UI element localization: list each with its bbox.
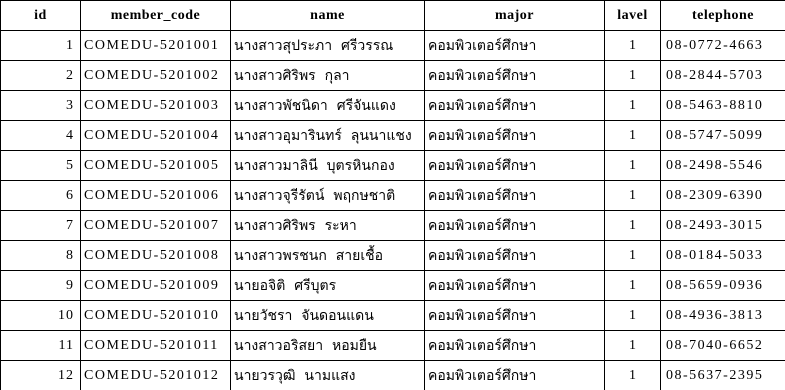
cell-name: นางสาวมาลินี บุตรหินกอง <box>231 151 425 181</box>
cell-telephone: 08-2844-5703 <box>661 61 785 91</box>
table-body: 1COMEDU-5201001นางสาวสุประภา ศรีวรรณคอมพ… <box>1 31 785 390</box>
table-row: 12COMEDU-5201012นายวรวุฒิ นามแสงคอมพิวเต… <box>1 361 785 390</box>
cell-id: 5 <box>1 151 81 181</box>
cell-name: นางสาวจุรีรัตน์ พฤกษชาติ <box>231 181 425 211</box>
column-header-name: name <box>231 1 425 31</box>
table-row: 1COMEDU-5201001นางสาวสุประภา ศรีวรรณคอมพ… <box>1 31 785 61</box>
cell-id: 4 <box>1 121 81 151</box>
cell-major: คอมพิวเตอร์ศึกษา <box>425 211 605 241</box>
cell-telephone: 08-2498-5546 <box>661 151 785 181</box>
cell-name: นางสาวศิริพร กุลา <box>231 61 425 91</box>
table-row: 6COMEDU-5201006นางสาวจุรีรัตน์ พฤกษชาติค… <box>1 181 785 211</box>
cell-id: 11 <box>1 331 81 361</box>
cell-lavel: 1 <box>605 361 661 390</box>
cell-name: นางสาวสุประภา ศรีวรรณ <box>231 31 425 61</box>
cell-name: นางสาวอุมารินทร์ ลุนนาแชง <box>231 121 425 151</box>
cell-lavel: 1 <box>605 331 661 361</box>
table-row: 10COMEDU-5201010นายวัชรา จันดอนแดนคอมพิว… <box>1 301 785 331</box>
cell-major: คอมพิวเตอร์ศึกษา <box>425 121 605 151</box>
cell-member_code: COMEDU-5201005 <box>81 151 231 181</box>
cell-major: คอมพิวเตอร์ศึกษา <box>425 151 605 181</box>
cell-id: 10 <box>1 301 81 331</box>
table-row: 2COMEDU-5201002นางสาวศิริพร กุลาคอมพิวเต… <box>1 61 785 91</box>
cell-major: คอมพิวเตอร์ศึกษา <box>425 361 605 390</box>
cell-name: นายวัชรา จันดอนแดน <box>231 301 425 331</box>
cell-id: 6 <box>1 181 81 211</box>
cell-lavel: 1 <box>605 271 661 301</box>
cell-telephone: 08-5747-5099 <box>661 121 785 151</box>
cell-lavel: 1 <box>605 121 661 151</box>
cell-major: คอมพิวเตอร์ศึกษา <box>425 271 605 301</box>
cell-name: นายอจิติ ศรีบุตร <box>231 271 425 301</box>
cell-member_code: COMEDU-5201007 <box>81 211 231 241</box>
cell-name: นางสาวศิริพร ระหา <box>231 211 425 241</box>
cell-member_code: COMEDU-5201006 <box>81 181 231 211</box>
cell-lavel: 1 <box>605 61 661 91</box>
cell-id: 1 <box>1 31 81 61</box>
cell-member_code: COMEDU-5201010 <box>81 301 231 331</box>
cell-id: 8 <box>1 241 81 271</box>
cell-telephone: 08-5659-0936 <box>661 271 785 301</box>
cell-member_code: COMEDU-5201008 <box>81 241 231 271</box>
cell-lavel: 1 <box>605 301 661 331</box>
member-table: idmember_codenamemajorlaveltelephone 1CO… <box>0 0 785 390</box>
column-header-id: id <box>1 1 81 31</box>
cell-major: คอมพิวเตอร์ศึกษา <box>425 331 605 361</box>
cell-major: คอมพิวเตอร์ศึกษา <box>425 181 605 211</box>
cell-id: 2 <box>1 61 81 91</box>
table-row: 4COMEDU-5201004นางสาวอุมารินทร์ ลุนนาแชง… <box>1 121 785 151</box>
column-header-major: major <box>425 1 605 31</box>
cell-telephone: 08-7040-6652 <box>661 331 785 361</box>
cell-major: คอมพิวเตอร์ศึกษา <box>425 31 605 61</box>
cell-id: 9 <box>1 271 81 301</box>
cell-id: 3 <box>1 91 81 121</box>
table-row: 7COMEDU-5201007นางสาวศิริพร ระหาคอมพิวเต… <box>1 211 785 241</box>
cell-member_code: COMEDU-5201012 <box>81 361 231 390</box>
cell-member_code: COMEDU-5201002 <box>81 61 231 91</box>
cell-lavel: 1 <box>605 31 661 61</box>
cell-member_code: COMEDU-5201001 <box>81 31 231 61</box>
cell-member_code: COMEDU-5201009 <box>81 271 231 301</box>
cell-member_code: COMEDU-5201004 <box>81 121 231 151</box>
cell-name: นางสาวอริสยา หอมยืน <box>231 331 425 361</box>
cell-telephone: 08-5637-2395 <box>661 361 785 390</box>
cell-telephone: 08-2309-6390 <box>661 181 785 211</box>
table-row: 3COMEDU-5201003นางสาวพัชนิดา ศรีจันแดงคอ… <box>1 91 785 121</box>
cell-telephone: 08-5463-8810 <box>661 91 785 121</box>
table-row: 5COMEDU-5201005นางสาวมาลินี บุตรหินกองคอ… <box>1 151 785 181</box>
table-row: 8COMEDU-5201008นางสาวพรชนก สายเชื้อคอมพิ… <box>1 241 785 271</box>
header-row: idmember_codenamemajorlaveltelephone <box>1 1 785 31</box>
cell-name: นางสาวพัชนิดา ศรีจันแดง <box>231 91 425 121</box>
cell-id: 12 <box>1 361 81 390</box>
cell-name: นางสาวพรชนก สายเชื้อ <box>231 241 425 271</box>
cell-major: คอมพิวเตอร์ศึกษา <box>425 241 605 271</box>
cell-lavel: 1 <box>605 211 661 241</box>
table-row: 11COMEDU-5201011นางสาวอริสยา หอมยืนคอมพิ… <box>1 331 785 361</box>
cell-member_code: COMEDU-5201011 <box>81 331 231 361</box>
cell-major: คอมพิวเตอร์ศึกษา <box>425 91 605 121</box>
cell-lavel: 1 <box>605 181 661 211</box>
column-header-member_code: member_code <box>81 1 231 31</box>
cell-telephone: 08-4936-3813 <box>661 301 785 331</box>
cell-lavel: 1 <box>605 91 661 121</box>
cell-id: 7 <box>1 211 81 241</box>
column-header-telephone: telephone <box>661 1 785 31</box>
cell-telephone: 08-0184-5033 <box>661 241 785 271</box>
cell-telephone: 08-0772-4663 <box>661 31 785 61</box>
cell-major: คอมพิวเตอร์ศึกษา <box>425 61 605 91</box>
cell-member_code: COMEDU-5201003 <box>81 91 231 121</box>
cell-major: คอมพิวเตอร์ศึกษา <box>425 301 605 331</box>
column-header-lavel: lavel <box>605 1 661 31</box>
cell-lavel: 1 <box>605 241 661 271</box>
cell-lavel: 1 <box>605 151 661 181</box>
cell-telephone: 08-2493-3015 <box>661 211 785 241</box>
cell-name: นายวรวุฒิ นามแสง <box>231 361 425 390</box>
table-row: 9COMEDU-5201009นายอจิติ ศรีบุตรคอมพิวเตอ… <box>1 271 785 301</box>
